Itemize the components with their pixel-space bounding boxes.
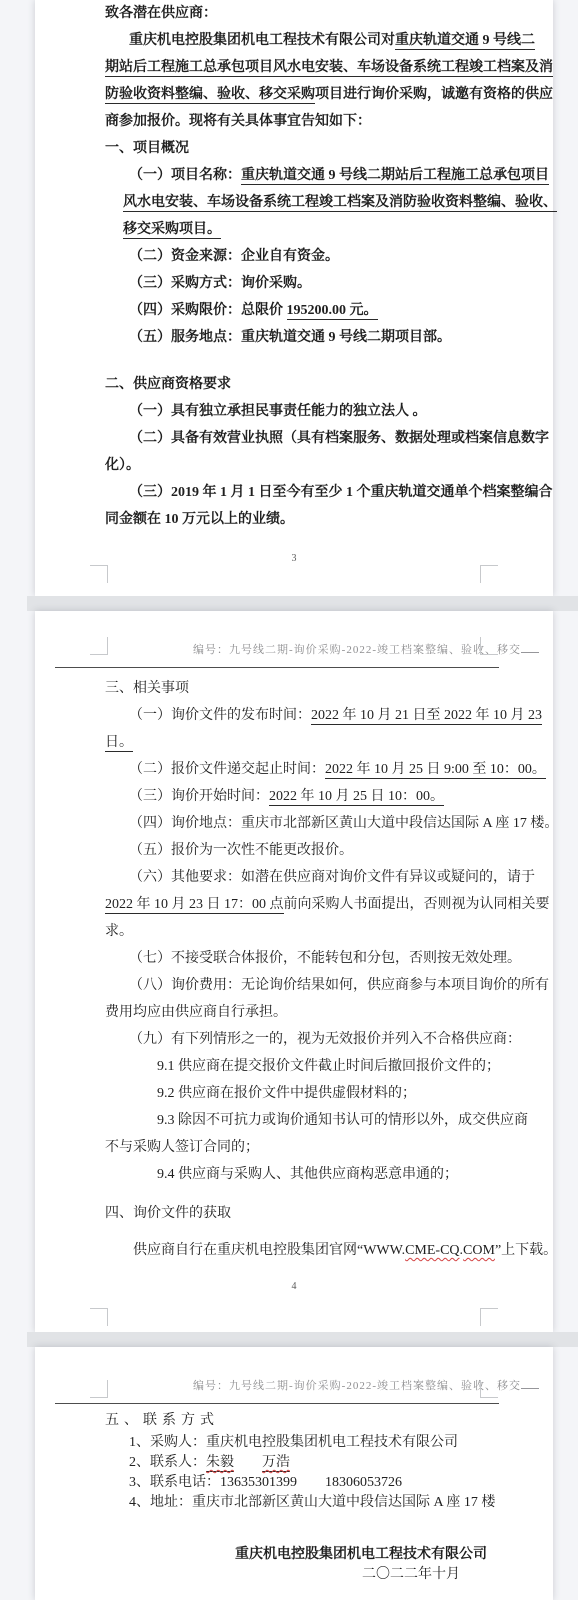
- text-run: COM: [463, 1243, 495, 1258]
- text-boundary-mark-top-right: [480, 1380, 498, 1398]
- page-content: 致各潜在供应商：重庆机电控股集团机电工程技术有限公司对重庆轨道交通 9 号线二期…: [105, 0, 545, 533]
- doc-line: 重庆机电控股集团机电工程技术有限公司对重庆轨道交通 9 号线二: [105, 27, 545, 54]
- text-run: （二）具备有效营业执照（具有档案服务、数据处理或档案信息数字: [129, 431, 549, 446]
- page-gap: [27, 596, 578, 611]
- text-run: （二）报价文件递交起止时间：: [129, 762, 325, 777]
- doc-line: 9.4 供应商与采购人、其他供应商构恶意串通的；: [105, 1161, 545, 1188]
- text-run: 2022 年 10 月 25 日 10：00。: [269, 789, 444, 806]
- text-run: 日。: [105, 735, 133, 752]
- doc-line: 风水电安装、车场设备系统工程竣工档案及消防验收资料整编、验收、: [105, 189, 545, 216]
- text-run: 2022 年 10 月 25 日 9:00 至 10：00。: [325, 762, 546, 779]
- page-header-code: 编号：九号线二期-询价采购-2022-竣工档案整编、验收、移交: [193, 1380, 521, 1392]
- doc-line: 期站后工程施工总承包项目风水电安装、车场设备系统工程竣工档案及消: [105, 54, 545, 81]
- text-run: 重庆机电控股集团机电工程技术有限公司对: [129, 33, 395, 48]
- text-run: （一）项目名称：: [129, 168, 241, 183]
- text-run: （一）具有独立承担民事责任能力的独立法人 。: [129, 404, 427, 419]
- doc-line: 三、相关事项: [105, 675, 545, 702]
- text-run: 不与采购人签订合同的；: [105, 1140, 259, 1155]
- text-run: 移交采购项目。: [123, 222, 221, 239]
- page-header: 编号：九号线二期-询价采购-2022-竣工档案整编、验收、移交: [35, 641, 539, 657]
- doc-line: （一）具有独立承担民事责任能力的独立法人 。: [105, 398, 545, 425]
- blank-line: [105, 1188, 545, 1200]
- text-run: （六）其他要求：如潜在供应商对询价文件有异议或疑问的，请于: [129, 870, 535, 885]
- text-run: 商参加报价。现将有关具体事宜告知如下：: [105, 114, 371, 129]
- header-rule: [55, 1403, 499, 1404]
- text-run: 4、地址：重庆市北部新区黄山大道中段信达国际 A 座 17 楼: [129, 1495, 495, 1510]
- text-boundary-mark-bottom-left: [90, 1308, 108, 1326]
- doc-line: 求。: [105, 918, 545, 945]
- page-number: 3: [35, 553, 553, 564]
- text-run: 求。: [105, 924, 133, 939]
- text-run: 195200.00 元。: [287, 303, 378, 320]
- doc-line: （四）采购限价：总限价 195200.00 元。: [105, 297, 545, 324]
- doc-line: 费用均应由供应商自行承担。: [105, 999, 545, 1026]
- text-run: 四、询价文件的获取: [105, 1206, 231, 1221]
- doc-line: 3、联系电话：13635301399 18306053726: [105, 1473, 545, 1493]
- text-run: （五）服务地点：重庆轨道交通 9 号线二期项目部。: [129, 330, 451, 345]
- doc-line: （二）具备有效营业执照（具有档案服务、数据处理或档案信息数字: [105, 425, 545, 452]
- doc-line: 致各潜在供应商：: [105, 0, 545, 27]
- doc-line: 二〇二二年十月: [105, 1565, 545, 1585]
- text-boundary-mark-top-right: [480, 637, 498, 655]
- text-run: 9.2 供应商在报价文件中提供虚假材料的；: [157, 1086, 416, 1101]
- doc-line: 化）。: [105, 452, 545, 479]
- text-run: [234, 1455, 262, 1470]
- text-run: 1、采购人：重庆机电控股集团机电工程技术有限公司: [129, 1435, 458, 1450]
- doc-line: 不与采购人签订合同的；: [105, 1134, 545, 1161]
- doc-line: 9.1 供应商在提交报价文件截止时间后撤回报价文件的；: [105, 1053, 545, 1080]
- text-run: 项目进行询价采购，诚邀有资格的供应: [315, 87, 553, 102]
- text-run: 二〇二二年十月: [362, 1567, 460, 1582]
- text-run: 前向采购人书面提出，否则视为认同相关要: [284, 897, 550, 912]
- doc-line: 二、供应商资格要求: [105, 371, 545, 398]
- doc-line: 同金额在 10 万元以上的业绩。: [105, 506, 545, 533]
- text-boundary-mark-top-left: [90, 637, 108, 655]
- text-run: 3、联系电话：13635301399 18306053726: [129, 1475, 402, 1490]
- text-run: 费用均应由供应商自行承担。: [105, 1005, 287, 1020]
- doc-line: 2022 年 10 月 23 日 17：00 点前向采购人书面提出，否则视为认同…: [105, 891, 545, 918]
- text-boundary-mark-top-left: [90, 1380, 108, 1398]
- text-run: 致各潜在供应商：: [105, 6, 217, 21]
- text-run: （一）询价文件的发布时间：: [129, 708, 311, 723]
- page-content: 五、联系方式1、采购人：重庆机电控股集团机电工程技术有限公司2、联系人：朱毅 万…: [105, 1409, 545, 1585]
- text-run: 同金额在 10 万元以上的业绩。: [105, 512, 294, 527]
- doc-line: （二）报价文件递交起止时间：2022 年 10 月 25 日 9:00 至 10…: [105, 756, 545, 783]
- doc-line: （一）项目名称：重庆轨道交通 9 号线二期站后工程施工总承包项目: [105, 162, 545, 189]
- text-run: （九）有下列情形之一的，视为无效报价并列入不合格供应商：: [129, 1032, 521, 1047]
- text-run: （八）询价费用：无论询价结果如何，供应商参与本项目询价的所有: [129, 978, 549, 993]
- header-underline-blank: [521, 642, 539, 653]
- text-run: （四）采购限价：总限价: [129, 303, 287, 318]
- text-run: （五）报价为一次性不能更改报价。: [129, 843, 353, 858]
- page-header: 编号：九号线二期-询价采购-2022-竣工档案整编、验收、移交: [35, 1377, 539, 1393]
- text-run: ”上下载。: [495, 1243, 557, 1258]
- text-run: 重庆轨道交通 9 号线二期站后工程施工总承包项目: [241, 168, 549, 185]
- blank-line: [105, 1513, 545, 1545]
- text-run: 一、项目概况: [105, 141, 189, 156]
- text-run: （二）资金来源：企业自有资金。: [129, 249, 339, 264]
- text-run: 万浩: [262, 1455, 290, 1472]
- doc-line: 商参加报价。现将有关具体事宜告知如下：: [105, 108, 545, 135]
- doc-line: （五）报价为一次性不能更改报价。: [105, 837, 545, 864]
- text-run: 期站后工程施工总承包项目风水电安装、车场设备系统工程竣工档案及消: [105, 60, 553, 77]
- text-boundary-mark-bottom-right: [480, 1308, 498, 1326]
- doc-line: （三）2019 年 1 月 1 日至今有至少 1 个重庆轨道交通单个档案整编合: [105, 479, 545, 506]
- text-run: （七）不接受联合体报价，不能转包和分包，否则按无效处理。: [129, 951, 521, 966]
- doc-line: （二）资金来源：企业自有资金。: [105, 243, 545, 270]
- doc-line: （三）采购方式：询价采购。: [105, 270, 545, 297]
- page-number: 4: [35, 1281, 553, 1292]
- blank-line: [105, 351, 545, 371]
- text-run: 化）。: [105, 458, 140, 473]
- text-run: 重庆机电控股集团机电工程技术有限公司: [235, 1547, 487, 1562]
- header-underline-blank: [521, 1378, 539, 1389]
- text-run: 五、联系方式: [105, 1413, 219, 1428]
- document-viewer: 致各潜在供应商：重庆机电控股集团机电工程技术有限公司对重庆轨道交通 9 号线二期…: [0, 0, 578, 1600]
- text-run: 三、相关事项: [105, 681, 189, 696]
- document-page-1: 致各潜在供应商：重庆机电控股集团机电工程技术有限公司对重庆轨道交通 9 号线二期…: [35, 0, 553, 596]
- doc-line: （四）询价地点：重庆市北部新区黄山大道中段信达国际 A 座 17 楼。: [105, 810, 545, 837]
- text-run: 2、联系人：: [129, 1455, 206, 1470]
- text-run: 朱毅: [206, 1455, 234, 1472]
- doc-line: 2、联系人：朱毅 万浩: [105, 1453, 545, 1473]
- doc-line: 移交采购项目。: [105, 216, 545, 243]
- text-boundary-mark-bottom-right: [480, 565, 498, 583]
- text-run: 供应商自行在重庆机电控股集团官网“WWW.: [133, 1243, 405, 1258]
- doc-line: （五）服务地点：重庆轨道交通 9 号线二期项目部。: [105, 324, 545, 351]
- doc-line: 供应商自行在重庆机电控股集团官网“WWW.CME-CQ.COM”上下载。: [105, 1237, 545, 1264]
- doc-line: 五、联系方式: [105, 1409, 545, 1433]
- doc-line: 日。: [105, 729, 545, 756]
- document-page-2: 编号：九号线二期-询价采购-2022-竣工档案整编、验收、移交 三、相关事项（一…: [35, 611, 553, 1332]
- doc-line: （八）询价费用：无论询价结果如何，供应商参与本项目询价的所有: [105, 972, 545, 999]
- text-run: 2022 年 10 月 21 日至 2022 年 10 月 23: [311, 708, 542, 725]
- text-run: 二、供应商资格要求: [105, 377, 231, 392]
- doc-line: （六）其他要求：如潜在供应商对询价文件有异议或疑问的，请于: [105, 864, 545, 891]
- text-run: （三）采购方式：询价采购。: [129, 276, 311, 291]
- text-run: 风水电安装、车场设备系统工程竣工档案及消防验收资料整编、验收、: [123, 195, 557, 212]
- doc-line: 9.2 供应商在报价文件中提供虚假材料的；: [105, 1080, 545, 1107]
- text-run: 防验收资料整编、验收、移交采购: [105, 87, 315, 104]
- text-run: 重庆轨道交通 9 号线二: [395, 33, 535, 50]
- doc-line: （七）不接受联合体报价，不能转包和分包，否则按无效处理。: [105, 945, 545, 972]
- doc-line: 一、项目概况: [105, 135, 545, 162]
- doc-line: （三）询价开始时间：2022 年 10 月 25 日 10：00。: [105, 783, 545, 810]
- header-rule: [55, 667, 499, 668]
- text-run: （三）2019 年 1 月 1 日至今有至少 1 个重庆轨道交通单个档案整编合: [129, 485, 553, 500]
- text-boundary-mark-bottom-left: [90, 565, 108, 583]
- doc-line: 4、地址：重庆市北部新区黄山大道中段信达国际 A 座 17 楼: [105, 1493, 545, 1513]
- page-content: 三、相关事项（一）询价文件的发布时间：2022 年 10 月 21 日至 202…: [105, 675, 545, 1264]
- text-run: 9.3 除因不可抗力或询价通知书认可的情形以外，成交供应商: [157, 1113, 528, 1128]
- text-run: （四）询价地点：重庆市北部新区黄山大道中段信达国际 A 座 17 楼。: [129, 816, 558, 831]
- doc-line: 9.3 除因不可抗力或询价通知书认可的情形以外，成交供应商: [105, 1107, 545, 1134]
- text-run: （三）询价开始时间：: [129, 789, 269, 804]
- doc-line: （一）询价文件的发布时间：2022 年 10 月 21 日至 2022 年 10…: [105, 702, 545, 729]
- text-run: 2022 年 10 月 23 日 17：00 点: [105, 897, 284, 914]
- document-page-3: 编号：九号线二期-询价采购-2022-竣工档案整编、验收、移交 五、联系方式1、…: [35, 1347, 553, 1600]
- doc-line: 1、采购人：重庆机电控股集团机电工程技术有限公司: [105, 1433, 545, 1453]
- text-run: 9.4 供应商与采购人、其他供应商构恶意串通的；: [157, 1167, 458, 1182]
- text-run: CME-CQ: [405, 1243, 459, 1258]
- doc-line: 防验收资料整编、验收、移交采购项目进行询价采购，诚邀有资格的供应: [105, 81, 545, 108]
- doc-line: 四、询价文件的获取: [105, 1200, 545, 1227]
- text-run: 9.1 供应商在提交报价文件截止时间后撤回报价文件的；: [157, 1059, 500, 1074]
- blank-line: [105, 1227, 545, 1237]
- doc-line: 重庆机电控股集团机电工程技术有限公司: [105, 1545, 545, 1565]
- page-header-code: 编号：九号线二期-询价采购-2022-竣工档案整编、验收、移交: [193, 644, 521, 656]
- doc-line: （九）有下列情形之一的，视为无效报价并列入不合格供应商：: [105, 1026, 545, 1053]
- page-gap: [27, 1332, 578, 1347]
